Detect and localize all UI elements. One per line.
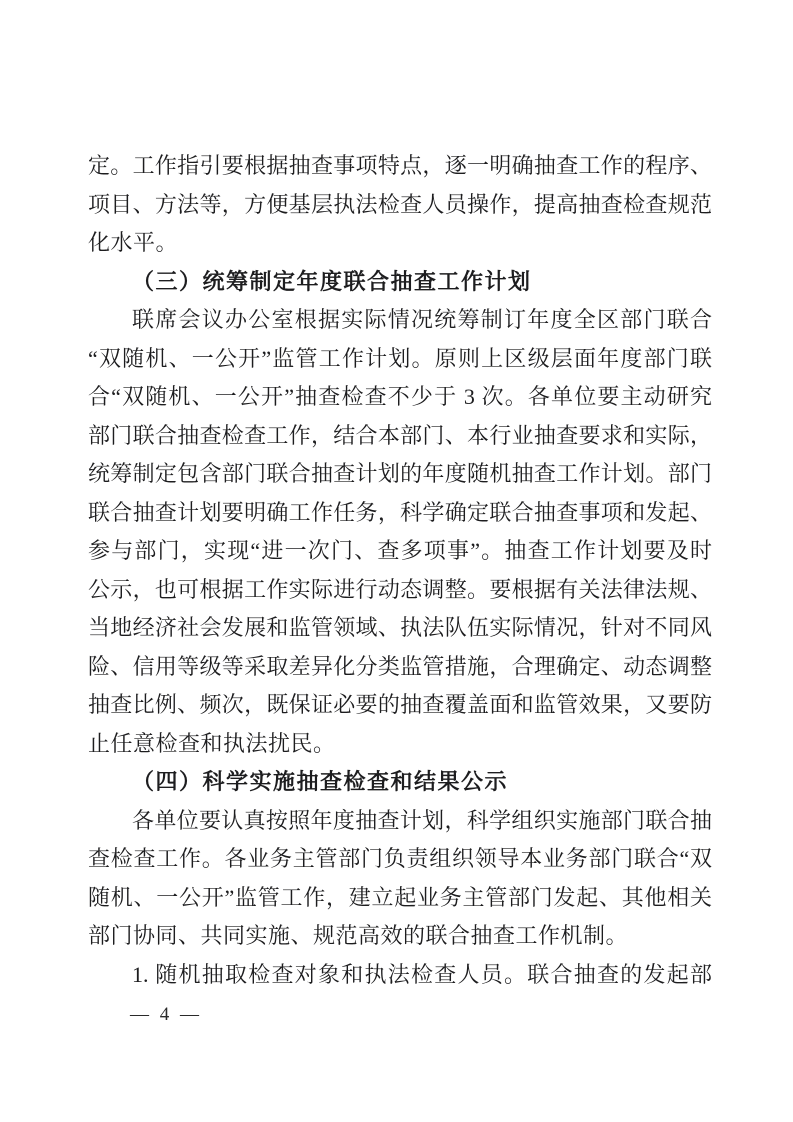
text-line: 止任意检查和执法扰民。: [88, 725, 712, 764]
text-line: 随机、一公开”监管工作，建立起业务主管部门发起、其他相关: [88, 879, 712, 918]
text-line: 联席会议办公室根据实际情况统筹制订年度全区部门联合: [88, 301, 712, 340]
text-line: 联合抽查计划要明确工作任务，科学确定联合抽查事项和发起、: [88, 494, 712, 533]
text-line: 定。工作指引要根据抽查事项特点，逐一明确抽查工作的程序、: [88, 147, 712, 186]
document-page: 定。工作指引要根据抽查事项特点，逐一明确抽查工作的程序、 项目、方法等，方便基层…: [0, 0, 793, 1122]
text-line: 查检查工作。各业务主管部门负责组织领导本业务部门联合“双: [88, 840, 712, 879]
text-line: 部门协同、共同实施、规范高效的联合抽查工作机制。: [88, 917, 712, 956]
text-line: 合“双随机、一公开”抽查检查不少于 3 次。各单位要主动研究: [88, 378, 712, 417]
text-line: 各单位要认真按照年度抽查计划，科学组织实施部门联合抽: [88, 802, 712, 841]
text-line: 险、信用等级等采取差异化分类监管措施，合理确定、动态调整: [88, 648, 712, 687]
section-heading-3: （三）统筹制定年度联合抽查工作计划: [88, 263, 712, 302]
text-line: 化水平。: [88, 224, 712, 263]
text-line: 抽查比例、频次，既保证必要的抽查覆盖面和监管效果，又要防: [88, 686, 712, 725]
text-line: 项目、方法等，方便基层执法检查人员操作，提高抽查检查规范: [88, 186, 712, 225]
numbered-item-line: 1. 随机抽取检查对象和执法检查人员。联合抽查的发起部: [88, 956, 712, 995]
text-line: 当地经济社会发展和监管领域、执法队伍实际情况，针对不同风: [88, 609, 712, 648]
text-line: 部门联合抽查检查工作，结合本部门、本行业抽查要求和实际，: [88, 417, 712, 456]
text-line: “双随机、一公开”监管工作计划。原则上区级层面年度部门联: [88, 340, 712, 379]
text-line: 参与部门，实现“进一次门、查多项事”。抽查工作计划要及时: [88, 532, 712, 571]
text-line: 统筹制定包含部门联合抽查计划的年度随机抽查工作计划。部门: [88, 455, 712, 494]
page-number: — 4 —: [130, 1004, 202, 1026]
text-line: 公示，也可根据工作实际进行动态调整。要根据有关法律法规、: [88, 571, 712, 610]
section-heading-4: （四）科学实施抽查检查和结果公示: [88, 763, 712, 802]
document-body: 定。工作指引要根据抽查事项特点，逐一明确抽查工作的程序、 项目、方法等，方便基层…: [88, 147, 712, 994]
